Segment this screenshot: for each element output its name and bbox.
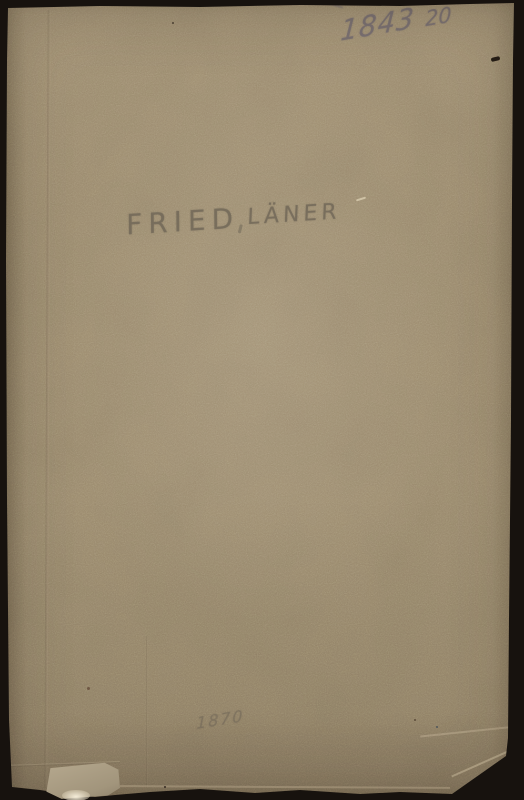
scan-canvas: 184320 FRIEDLÄNER 1870 — [0, 0, 524, 800]
handwritten-date: 1870 — [196, 706, 244, 733]
paper-scratch — [356, 197, 366, 202]
ink-speck — [164, 786, 166, 788]
crease-line-left — [44, 10, 50, 788]
paper-sliver-highlight — [62, 790, 90, 800]
handwritten-number: 20 — [425, 2, 451, 31]
handwritten-title: FRIEDLÄNER — [125, 195, 341, 241]
pencil-comma-mark — [238, 224, 243, 233]
paper-mottle-texture — [0, 0, 524, 800]
vignette-overlay — [0, 0, 524, 800]
paper-sheet: 184320 FRIEDLÄNER 1870 — [0, 0, 524, 800]
ink-speck — [87, 687, 90, 690]
ink-speck — [414, 719, 416, 721]
crease-line-bottom — [146, 636, 148, 788]
bottom-edge-highlight — [120, 785, 450, 789]
paper-grain-texture — [0, 0, 524, 800]
edge-notch — [491, 56, 501, 62]
ink-speck — [172, 22, 174, 24]
title-text-part2: LÄNER — [247, 199, 341, 230]
handwritten-annotation-top-right: 184320 — [340, 8, 452, 41]
stray-pencil-stroke — [299, 0, 344, 9]
ink-speck — [436, 726, 438, 728]
corner-cut-highlight — [451, 741, 524, 778]
handwritten-year: 1843 — [339, 1, 415, 48]
title-text-part1: FRIED — [126, 202, 239, 242]
